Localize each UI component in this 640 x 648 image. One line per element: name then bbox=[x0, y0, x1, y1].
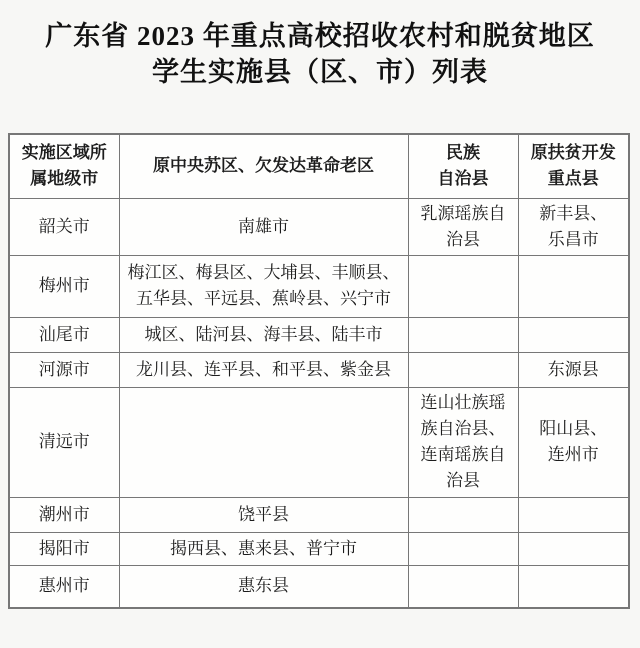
table-row-meizhou: 梅州市 梅江区、梅县区、大埔县、丰顺县、 五华县、平远县、蕉岭县、兴宁市 bbox=[9, 255, 629, 317]
cell-ethnic: 乳源瑶族自 治县 bbox=[408, 198, 518, 255]
cell-soviet: 龙川县、连平县、和平县、紫金县 bbox=[119, 352, 408, 387]
table-row-qingyuan: 清远市 连山壮族瑶 族自治县、 连南瑶族自 治县 阳山县、 连州市 bbox=[9, 387, 629, 497]
table-row-heyuan: 河源市 龙川县、连平县、和平县、紫金县 东源县 bbox=[9, 352, 629, 387]
cell-city: 潮州市 bbox=[9, 497, 119, 532]
cell-ethnic bbox=[408, 255, 518, 317]
table-row-huizhou: 惠州市 惠东县 bbox=[9, 565, 629, 608]
cell-city: 清远市 bbox=[9, 387, 119, 497]
cell-soviet: 饶平县 bbox=[119, 497, 408, 532]
cell-city: 韶关市 bbox=[9, 198, 119, 255]
cell-poverty bbox=[518, 255, 629, 317]
cell-poverty bbox=[518, 317, 629, 352]
header-poverty-county: 原扶贫开发 重点县 bbox=[518, 134, 629, 198]
table-header-row: 实施区域所属地级市 原中央苏区、欠发达革命老区 民族 自治县 原扶贫开发 重点县 bbox=[9, 134, 629, 198]
cell-poverty bbox=[518, 497, 629, 532]
table-row-shanwei: 汕尾市 城区、陆河县、海丰县、陆丰市 bbox=[9, 317, 629, 352]
cell-soviet: 揭西县、惠来县、普宁市 bbox=[119, 532, 408, 565]
cell-city: 汕尾市 bbox=[9, 317, 119, 352]
table-row-chaozhou: 潮州市 饶平县 bbox=[9, 497, 629, 532]
cell-city: 揭阳市 bbox=[9, 532, 119, 565]
cell-soviet: 南雄市 bbox=[119, 198, 408, 255]
header-soviet-area: 原中央苏区、欠发达革命老区 bbox=[119, 134, 408, 198]
document-title: 广东省 2023 年重点高校招收农村和脱贫地区 学生实施县（区、市）列表 bbox=[0, 18, 640, 90]
cell-poverty: 东源县 bbox=[518, 352, 629, 387]
cell-poverty: 新丰县、 乐昌市 bbox=[518, 198, 629, 255]
cell-ethnic bbox=[408, 352, 518, 387]
cell-city: 梅州市 bbox=[9, 255, 119, 317]
table-row-jieyang: 揭阳市 揭西县、惠来县、普宁市 bbox=[9, 532, 629, 565]
cell-soviet: 梅江区、梅县区、大埔县、丰顺县、 五华县、平远县、蕉岭县、兴宁市 bbox=[119, 255, 408, 317]
document-title-line2: 学生实施县（区、市）列表 bbox=[0, 54, 640, 90]
cell-soviet bbox=[119, 387, 408, 497]
cell-poverty bbox=[518, 532, 629, 565]
cell-soviet: 惠东县 bbox=[119, 565, 408, 608]
header-city: 实施区域所属地级市 bbox=[9, 134, 119, 198]
cell-ethnic bbox=[408, 317, 518, 352]
cell-poverty bbox=[518, 565, 629, 608]
cell-ethnic bbox=[408, 532, 518, 565]
cell-city: 河源市 bbox=[9, 352, 119, 387]
header-ethnic-county: 民族 自治县 bbox=[408, 134, 518, 198]
cell-city: 惠州市 bbox=[9, 565, 119, 608]
cell-ethnic bbox=[408, 565, 518, 608]
cell-soviet: 城区、陆河县、海丰县、陆丰市 bbox=[119, 317, 408, 352]
implementation-counties-table: 实施区域所属地级市 原中央苏区、欠发达革命老区 民族 自治县 原扶贫开发 重点县… bbox=[8, 133, 630, 609]
document-title-line1: 广东省 2023 年重点高校招收农村和脱贫地区 bbox=[0, 18, 640, 54]
table-row-shaoguan: 韶关市 南雄市 乳源瑶族自 治县 新丰县、 乐昌市 bbox=[9, 198, 629, 255]
cell-ethnic: 连山壮族瑶 族自治县、 连南瑶族自 治县 bbox=[408, 387, 518, 497]
cell-poverty: 阳山县、 连州市 bbox=[518, 387, 629, 497]
cell-ethnic bbox=[408, 497, 518, 532]
